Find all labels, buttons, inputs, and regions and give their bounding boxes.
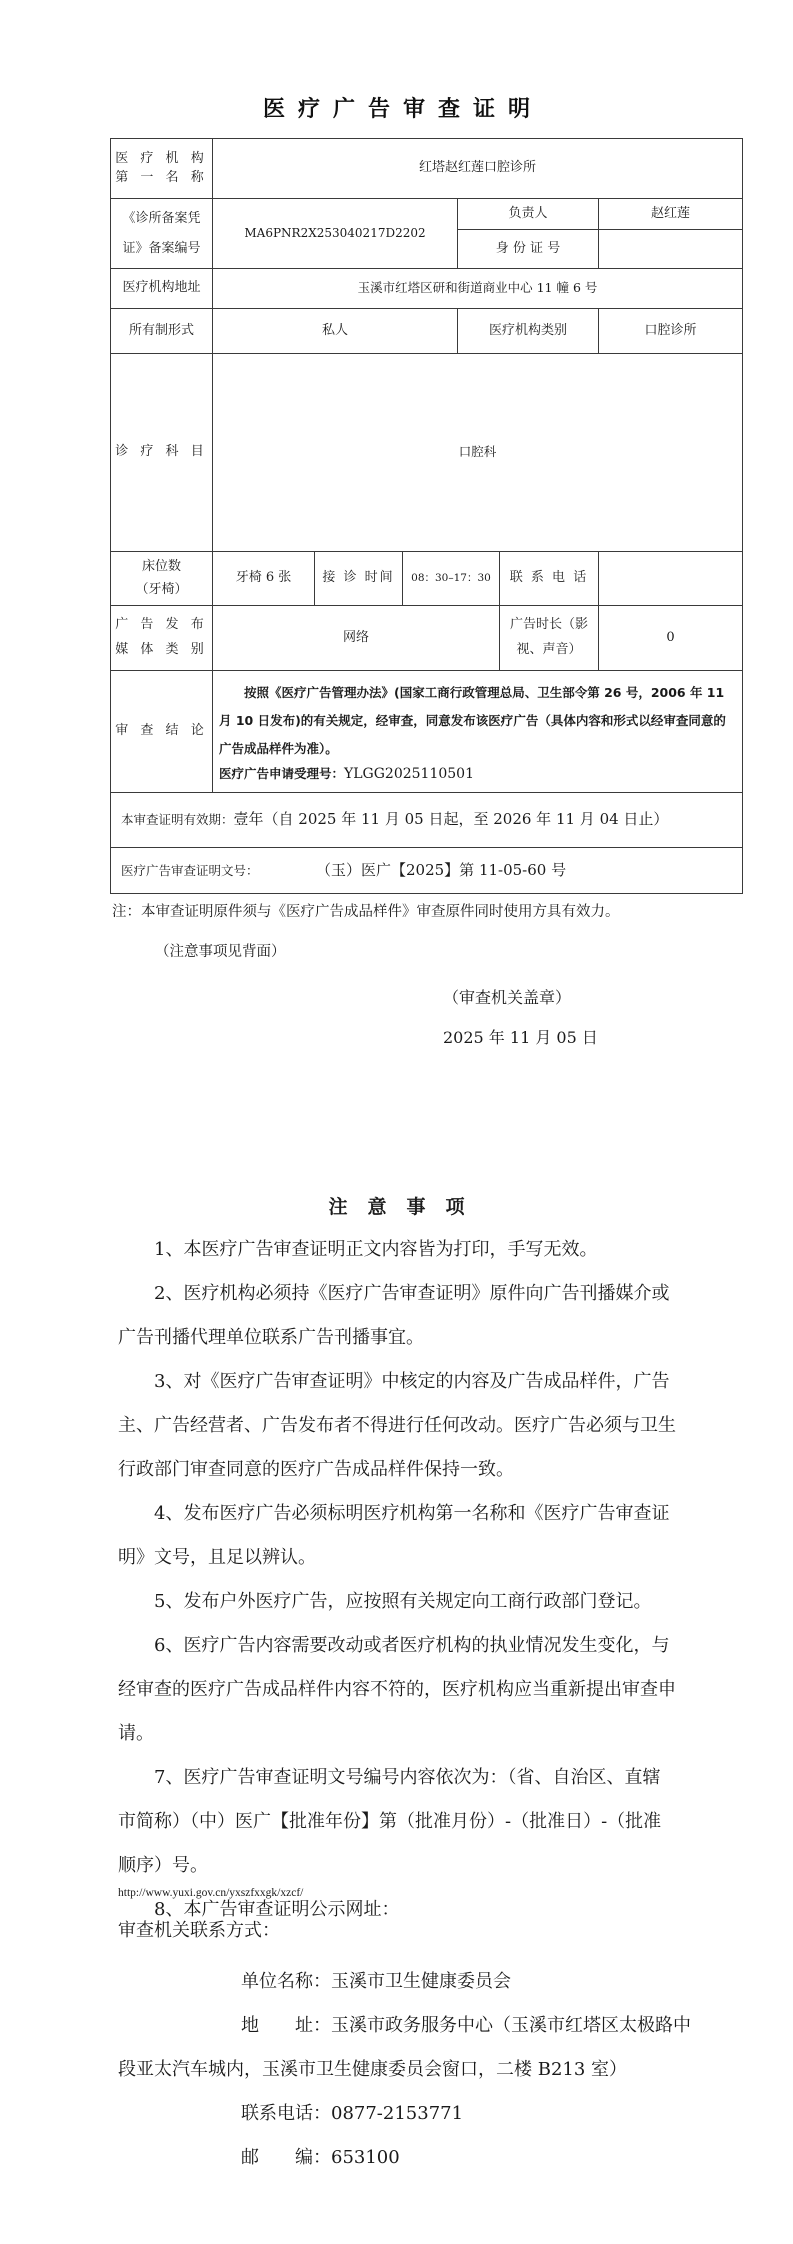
acceptance-number: 医疗广告申请受理号：YLGG2025110501 [219, 763, 736, 785]
label-line: 第 一 名 称 [115, 169, 208, 188]
postcode-value: 653100 [331, 2147, 400, 2168]
phone-value: 0877-2153771 [331, 2103, 463, 2124]
person-label: 负责人 [458, 199, 599, 230]
postcode-label: 邮 编： [241, 2147, 331, 2168]
conclusion-cell: 按照《医疗广告管理办法》(国家工商行政管理总局、卫生部令第 26 号，2006 … [213, 671, 743, 793]
contact-postcode: 邮 编：653100 [118, 2136, 698, 2180]
seal-date: 2025 年 11 月 05 日 [443, 1025, 598, 1048]
certificate-table: 医 疗 机 构 第 一 名 称 红塔赵红莲口腔诊所 《诊所备案凭 证》备案编号 … [110, 138, 743, 894]
label-line: 广告时长（影 [502, 613, 596, 638]
label-line: 床位数 [115, 556, 208, 578]
contact-unit: 单位名称：玉溪市卫生健康委员会 [118, 1960, 698, 2004]
beds-label: 床位数 （牙椅） [111, 552, 213, 606]
phone-value [599, 552, 743, 606]
usage-note: 注：本审查证明原件须与《医疗广告成品样件》审查原件同时使用方具有效力。 [112, 900, 620, 921]
notice-item: 5、发布户外医疗广告，应按照有关规定向工商行政部门登记。 [118, 1580, 678, 1624]
hours-label: 接 诊 时间 [315, 552, 403, 606]
unit-label: 单位名称： [241, 1971, 331, 1992]
departments-value: 口腔科 [213, 354, 743, 552]
docno-value: （玉）医广【2025】第 11-05-60 号 [316, 861, 566, 879]
phone-label: 联 系 电 话 [500, 552, 599, 606]
table-row: 诊 疗 科 目 口腔科 [111, 354, 743, 552]
table-row: 《诊所备案凭 证》备案编号 MA6PNR2X253040217D2202 负责人… [111, 199, 743, 230]
label-line: （牙椅） [115, 579, 208, 601]
seal-text: （审查机关盖章） [443, 985, 571, 1008]
contact-heading: 审查机关联系方式： [118, 1916, 280, 1942]
address-label: 医疗机构地址 [111, 269, 213, 309]
notice-item: 4、发布医疗广告必须标明医疗机构第一名称和《医疗广告审查证明》文号，且足以辨认。 [118, 1492, 678, 1580]
label-line: 广 告 发 布 [115, 613, 208, 638]
validity-value: 壹年（自 2025 年 11 月 05 日起，至 2026 年 11 月 04 … [234, 810, 669, 828]
ownership-label: 所有制形式 [111, 309, 213, 354]
label-line: 证》备案编号 [115, 234, 208, 264]
notice-item: 1、本医疗广告审查证明正文内容皆为打印，手写无效。 [118, 1228, 678, 1272]
duration-label: 广告时长（影 视、声音） [500, 606, 599, 671]
contact-address: 地 址：玉溪市政务服务中心（玉溪市红塔区太极路中段亚太汽车城内，玉溪市卫生健康委… [118, 2004, 698, 2092]
acceptance-label: 医疗广告申请受理号： [219, 766, 344, 781]
notices-title: 注意事项 [0, 1192, 793, 1219]
hours-value: 08：30–17：30 [403, 552, 500, 606]
label-line: 医 疗 机 构 [115, 150, 208, 169]
category-value: 口腔诊所 [599, 309, 743, 354]
institution-name: 红塔赵红莲口腔诊所 [213, 139, 743, 199]
label-line: 媒 体 类 别 [115, 638, 208, 663]
address-label: 地 址： [241, 2015, 331, 2036]
id-label: 身 份 证 号 [458, 230, 599, 269]
acceptance-value: YLGG2025110501 [344, 766, 474, 782]
address-value: 玉溪市政务服务中心（玉溪市红塔区太极路中段亚太汽车城内，玉溪市卫生健康委员会窗口… [118, 2015, 691, 2080]
ownership-value: 私人 [213, 309, 458, 354]
notice-item: 7、医疗广告审查证明文号编号内容依次为：（省、自治区、直辖市简称）（中）医广【批… [118, 1756, 678, 1888]
back-note: （注意事项见背面） [155, 940, 286, 961]
docno-label: 医疗广告审查证明文号： [121, 862, 316, 880]
unit-value: 玉溪市卫生健康委员会 [331, 1971, 511, 1992]
table-row: 所有制形式 私人 医疗机构类别 口腔诊所 [111, 309, 743, 354]
label-line: 《诊所备案凭 [115, 204, 208, 234]
person-value: 赵红莲 [599, 199, 743, 230]
contact-phone: 联系电话：0877-2153771 [118, 2092, 698, 2136]
table-row: 床位数 （牙椅） 牙椅 6 张 接 诊 时间 08：30–17：30 联 系 电… [111, 552, 743, 606]
validity-label: 本审查证明有效期： [121, 812, 234, 827]
notice-item: 3、对《医疗广告审查证明》中核定的内容及广告成品样件，广告主、广告经营者、广告发… [118, 1360, 678, 1492]
conclusion-label: 审 查 结 论 [111, 671, 213, 793]
contact-block: 单位名称：玉溪市卫生健康委员会 地 址：玉溪市政务服务中心（玉溪市红塔区太极路中… [118, 1960, 698, 2180]
name-label: 医 疗 机 构 第 一 名 称 [111, 139, 213, 199]
id-value [599, 230, 743, 269]
beds-value: 牙椅 6 张 [213, 552, 315, 606]
docno-row: 医疗广告审查证明文号：（玉）医广【2025】第 11-05-60 号 [111, 848, 743, 894]
table-row: 医疗广告审查证明文号：（玉）医广【2025】第 11-05-60 号 [111, 848, 743, 894]
media-label: 广 告 发 布 媒 体 类 别 [111, 606, 213, 671]
notice-item: 6、医疗广告内容需要改动或者医疗机构的执业情况发生变化，与经审查的医疗广告成品样… [118, 1624, 678, 1756]
departments-label: 诊 疗 科 目 [111, 354, 213, 552]
public-url-link[interactable]: http://www.yuxi.gov.cn/yxszfxxgk/xzcf/ [118, 1887, 303, 1899]
notices-list: 1、本医疗广告审查证明正文内容皆为打印，手写无效。 2、医疗机构必须持《医疗广告… [118, 1228, 678, 1932]
document-title: 医疗广告审查证明 [0, 92, 793, 123]
phone-label: 联系电话： [241, 2103, 331, 2124]
table-row: 医疗机构地址 玉溪市红塔区研和街道商业中心 11 幢 6 号 [111, 269, 743, 309]
record-label: 《诊所备案凭 证》备案编号 [111, 199, 213, 269]
notice-item: 2、医疗机构必须持《医疗广告审查证明》原件向广告刊播媒介或广告刊播代理单位联系广… [118, 1272, 678, 1360]
label-line: 视、声音） [502, 638, 596, 663]
address-value: 玉溪市红塔区研和街道商业中心 11 幢 6 号 [213, 269, 743, 309]
table-row: 医 疗 机 构 第 一 名 称 红塔赵红莲口腔诊所 [111, 139, 743, 199]
conclusion-text: 按照《医疗广告管理办法》(国家工商行政管理总局、卫生部令第 26 号，2006 … [219, 679, 736, 763]
category-label: 医疗机构类别 [458, 309, 599, 354]
duration-value: 0 [599, 606, 743, 671]
validity-row: 本审查证明有效期：壹年（自 2025 年 11 月 05 日起，至 2026 年… [111, 793, 743, 848]
table-row: 广 告 发 布 媒 体 类 别 网络 广告时长（影 视、声音） 0 [111, 606, 743, 671]
media-value: 网络 [213, 606, 500, 671]
table-row: 本审查证明有效期：壹年（自 2025 年 11 月 05 日起，至 2026 年… [111, 793, 743, 848]
record-number: MA6PNR2X253040217D2202 [213, 199, 458, 269]
table-row: 审 查 结 论 按照《医疗广告管理办法》(国家工商行政管理总局、卫生部令第 26… [111, 671, 743, 793]
